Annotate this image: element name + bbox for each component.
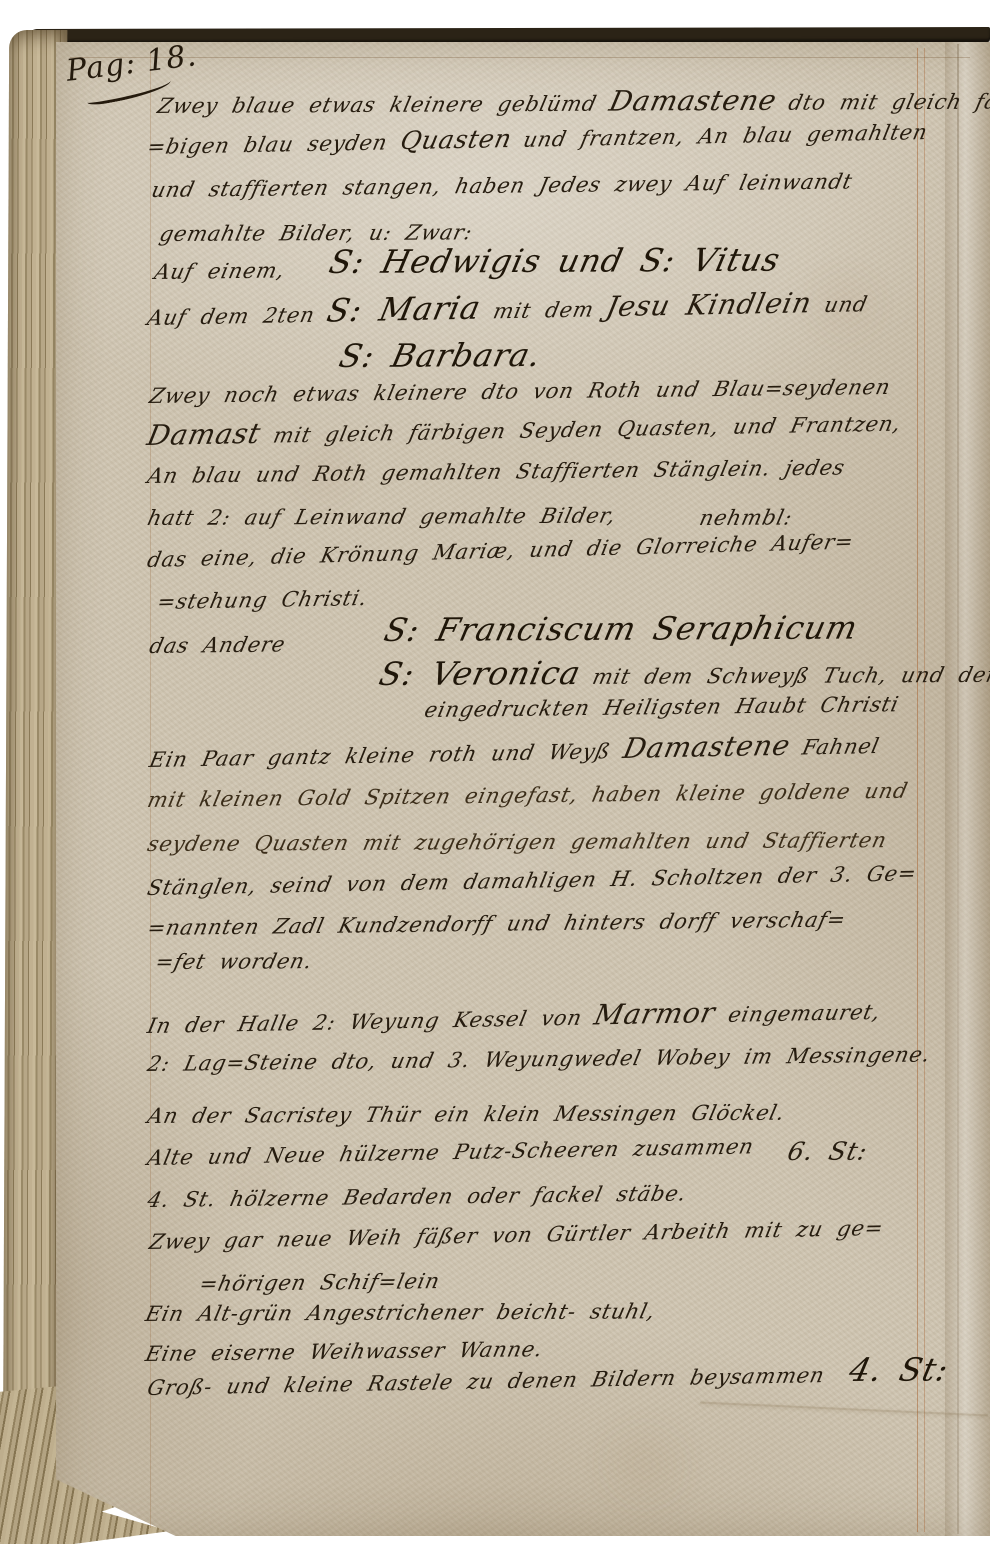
ms-line: das Andere xyxy=(150,632,286,658)
saint-names: S: Veronica xyxy=(376,655,585,693)
paper-stains xyxy=(0,0,10,10)
ms-line: An der Sacristey Thür ein klein Messinge… xyxy=(148,1101,785,1128)
ms-line: Ein Alt-grün Angestrichener beicht- stuh… xyxy=(146,1299,655,1326)
ms-line: hatt 2: auf Leinwand gemahlte Bilder, xyxy=(148,504,616,531)
ms-line-segment: nehmbl: xyxy=(697,506,795,531)
ms-line-segment: eingemauret, xyxy=(726,1000,883,1027)
ms-line: =fet worden. xyxy=(156,949,312,974)
ms-line: =hörigen Schif=lein xyxy=(200,1269,440,1296)
ms-line-segment: Fahnel xyxy=(800,734,882,760)
ms-line-segment: dto mit gleich fär= xyxy=(786,89,990,114)
ms-line-segment: hatt 2: auf Leinwand gemahlte Bilder, xyxy=(145,504,618,531)
ms-line-segment: Zwey blaue etwas kleinere geblümd xyxy=(155,92,599,118)
ms-line-segment: =hörigen Schif=lein xyxy=(197,1269,442,1296)
item-count: 6. St: xyxy=(788,1138,867,1167)
item-count: 4. St: xyxy=(850,1351,948,1388)
ms-line-segment: Quasten xyxy=(397,125,514,156)
gutter-fold-line xyxy=(957,44,959,1534)
ms-line-segment: Auf dem 2ten xyxy=(145,303,317,330)
saint-names: S: Maria xyxy=(324,290,484,330)
line-s-hedwigis-vitus: S: Hedwigis und S: Vitus xyxy=(330,242,780,281)
saint-names: S: Hedwigis und S: Vitus xyxy=(326,242,784,281)
saint-names: Jesu Kindlein xyxy=(603,287,815,323)
ms-line: Zwey blaue etwas kleinere geblümd Damast… xyxy=(158,83,990,120)
saint-names: S: Franciscum Seraphicum xyxy=(381,610,862,649)
ms-line-segment: An der Sacristey Thür ein klein Messinge… xyxy=(145,1101,787,1129)
line-s-franciscum: S: Franciscum Seraphicum xyxy=(385,610,858,649)
ms-line-segment: Eine eiserne Weihwasser Wanne. xyxy=(143,1337,545,1366)
ms-line: seydene Quasten mit zugehörigen gemahlte… xyxy=(148,828,887,856)
ms-line-segment: Auf einem, xyxy=(152,258,287,284)
ms-line-segment: Damastene xyxy=(606,85,780,118)
ms-line-segment: Damast xyxy=(144,418,264,452)
line-s-veronica: S: Veronica mit dem Schweyß Tuch, und de… xyxy=(380,653,990,693)
ms-line-segment: =fet worden. xyxy=(153,949,315,974)
ms-line-segment: Ein Alt-grün Angestrichener beicht- stuh… xyxy=(143,1299,658,1326)
top-margin-rule xyxy=(70,57,970,58)
manuscript-scan: Pag: 18. Zwey blaue etwas kleinere geblü… xyxy=(0,0,990,1549)
ms-line-segment: das Andere xyxy=(147,632,288,658)
ms-line-segment: 6. St: xyxy=(785,1138,871,1167)
ms-line: Eine eiserne Weihwasser Wanne. xyxy=(146,1337,543,1366)
ms-line-segment: und xyxy=(822,292,870,317)
ms-line-segment: Marmor xyxy=(591,997,718,1032)
ms-line-segment: mit dem xyxy=(491,297,596,323)
ms-line-segment: Damastene xyxy=(620,730,793,766)
ms-line: =stehung Christi. xyxy=(158,586,368,614)
ms-line-segment: =bigen blau seyden xyxy=(145,130,390,159)
ms-line-segment: seydene Quasten mit zugehörigen gemahlte… xyxy=(145,828,889,856)
saint-names: S: Barbara. xyxy=(336,337,545,375)
line-s-barbara: S: Barbara. xyxy=(340,337,541,375)
right-margin-rule xyxy=(917,48,925,1532)
ms-line-segment: =stehung Christi. xyxy=(155,586,370,614)
ms-line: nehmbl: xyxy=(700,506,792,531)
gutter-shading xyxy=(945,42,990,1536)
ms-line-segment: mit dem Schweyß Tuch, und dem xyxy=(590,663,990,689)
ms-line-segment: 4. St: xyxy=(846,1351,952,1388)
ms-line: Auf einem, xyxy=(155,258,285,284)
